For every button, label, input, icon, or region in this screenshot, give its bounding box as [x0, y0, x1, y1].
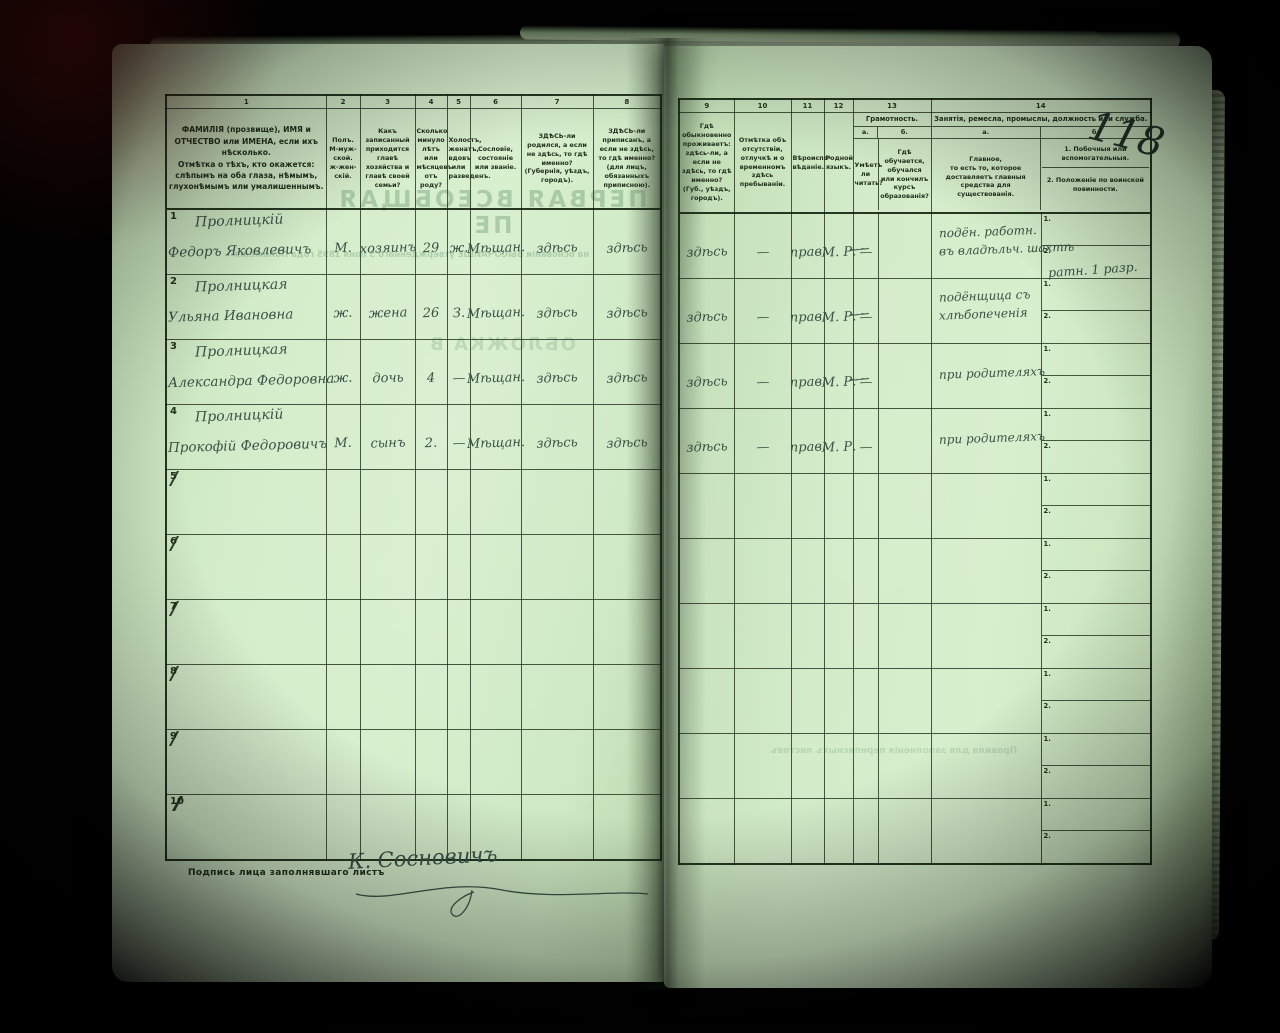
header-military-status: 2. Положеніе по воинской повинности.	[1042, 167, 1149, 194]
sub-label-1: 1.	[1044, 345, 1051, 353]
religion-handwriting: прав.	[789, 439, 826, 455]
occupation-handwriting: при родителяхъ	[939, 364, 1045, 382]
given-name-handwriting: Федоръ Яковлевичъ	[168, 241, 312, 261]
header-row: ФАМИЛІЯ (прозвище), ИМЯ и ОТЧЕСТВО или И…	[166, 109, 661, 210]
occupation-handwriting: подён. работн.въ владѣльч. шахтѣ	[939, 222, 1074, 258]
header-religion: Вѣроиспо-вѣданіе.	[793, 154, 823, 172]
sex-handwriting: М.	[334, 241, 352, 257]
table-row: 1.2.	[679, 604, 1151, 669]
residence-handwriting: здѣсь	[686, 309, 728, 325]
registration-handwriting: здѣсь	[606, 305, 648, 321]
religion-handwriting: прав.	[789, 244, 826, 260]
literacy-handwriting: —	[859, 375, 873, 390]
literacy-handwriting: —	[859, 440, 873, 455]
registration-handwriting: здѣсь	[606, 435, 648, 451]
col-number: 7	[521, 95, 593, 109]
table-row: здѣсь — прав. М. Р. — при родителяхъ 1. …	[679, 409, 1151, 474]
header-age: Сколько минуло лѣтъ или мѣсяцевъ отъ род…	[417, 127, 446, 190]
age-handwriting: 2.	[425, 436, 438, 451]
col-number: 5	[447, 95, 470, 109]
header-education: Гдѣ обучается, обучался или кончилъ курс…	[880, 148, 930, 202]
signature-flourish	[352, 864, 652, 924]
header-occupation-a-label: а.	[932, 127, 1041, 138]
birthplace-handwriting: здѣсь	[536, 305, 578, 321]
cell-name: 1 Пролницкій Федоръ Яковлевичъ	[166, 209, 326, 275]
row-number: 4	[169, 406, 179, 421]
religion-handwriting: прав.	[789, 309, 826, 325]
relation-handwriting: сынъ	[370, 435, 406, 451]
sex-handwriting: М.	[334, 436, 352, 452]
cell-name: 8	[166, 665, 326, 730]
registration-handwriting: здѣсь	[606, 240, 648, 256]
absence-handwriting: —	[756, 310, 770, 325]
row-number: 1	[169, 211, 179, 226]
absence-handwriting: —	[756, 245, 770, 260]
sub-label-1: 1.	[1044, 410, 1051, 418]
col-number: 13	[853, 99, 931, 113]
table-row: 5	[166, 470, 661, 535]
table-row: 1.2.	[679, 539, 1151, 604]
registration-handwriting: здѣсь	[606, 370, 648, 386]
religion-handwriting: прав.	[789, 374, 826, 390]
table-row: 1.2.	[679, 669, 1151, 734]
age-handwriting: 26	[422, 306, 439, 322]
table-row: 1 Пролницкій Федоръ Яковлевичъ М. хозяин…	[166, 209, 661, 275]
estate-handwriting: Мѣщан.	[466, 435, 525, 452]
left-page: ПЕРВАЯ ВСЕОБЩАЯ ПЕ на основаніи ВЫСОЧАЙШ…	[112, 44, 664, 982]
row-number-struck: 6	[169, 536, 179, 551]
relation-handwriting: жена	[368, 305, 407, 321]
occupation-handwriting: подёнщица съхлѣбопеченія	[939, 287, 1030, 323]
sex-handwriting: ж.	[333, 371, 352, 387]
table-row: 3 Пролницкая Александра Федоровна ж. доч…	[166, 340, 661, 405]
header-sex: Полъ. М-муж-ской. ж-жен-скій.	[328, 136, 359, 181]
relation-handwriting: дочь	[372, 370, 404, 386]
given-name-handwriting: Александра Федоровна	[168, 371, 335, 391]
header-language: Родной языкъ.	[826, 154, 852, 172]
right-page: Правила для заполненія переписныхъ листо…	[664, 46, 1212, 988]
table-row: 8	[166, 665, 661, 730]
col-number: 12	[824, 99, 853, 113]
row-number-struck: 5	[169, 471, 179, 486]
literacy-handwriting: —	[859, 310, 873, 325]
row-number: 2	[169, 276, 179, 291]
estate-handwriting: Мѣщан.	[466, 370, 525, 387]
table-row: 7	[166, 600, 661, 665]
header-residence: Гдѣ обыкновенно проживаетъ: здѣсь-ли, а …	[681, 122, 733, 203]
header-can-read: Умѣетъ ли читать?	[855, 161, 877, 188]
estate-handwriting: Мѣщан.	[466, 240, 525, 257]
marital-handwriting: ж.	[449, 241, 468, 257]
table-row: 9	[166, 730, 661, 795]
col-number: 4	[415, 95, 447, 109]
column-numbers-row: 9 10 11 12 13 14	[679, 99, 1151, 113]
birthplace-handwriting: здѣсь	[536, 240, 578, 256]
age-handwriting: 29	[422, 241, 439, 257]
birthplace-handwriting: здѣсь	[536, 435, 578, 451]
row-number-struck: 9	[169, 731, 179, 746]
header-relation: Какъ записанный приходится главѣ хозяйст…	[362, 127, 414, 190]
birthplace-handwriting: здѣсь	[536, 370, 578, 386]
col-number: 1	[166, 95, 326, 109]
marital-handwriting: З.	[452, 306, 465, 321]
cell-name: 7	[166, 600, 326, 665]
cell-side-occupation: 1. 2.	[1041, 279, 1151, 344]
col-number: 2	[326, 95, 360, 109]
col-number: 3	[360, 95, 415, 109]
cell-name: 5	[166, 470, 326, 535]
row-number-struck: 8	[169, 666, 179, 681]
residence-handwriting: здѣсь	[686, 244, 728, 260]
row-number: 3	[169, 341, 179, 356]
surname-handwriting: Пролницкій	[195, 406, 284, 425]
census-table-right: 9 10 11 12 13 14 Гдѣ обыкновенно прожива…	[678, 98, 1152, 865]
surname-handwriting: Пролницкая	[195, 341, 288, 360]
cell-name: 6	[166, 535, 326, 600]
table-row: здѣсь — прав. М. Р. ~~ — подёнщица съхлѣ…	[679, 279, 1151, 344]
literacy-handwriting: —	[859, 245, 873, 260]
photographed-census-book: ПЕРВАЯ ВСЕОБЩАЯ ПЕ на основаніи ВЫСОЧАЙШ…	[0, 0, 1280, 1033]
table-row: 6	[166, 535, 661, 600]
header-literacy-a-label: а.	[854, 127, 879, 138]
cell-name: 2 Пролницкая Ульяна Ивановна	[166, 275, 326, 340]
header-birthplace: ЗДѢСЬ-ли родился, а если не здѣсь, то гд…	[523, 132, 592, 186]
given-name-handwriting: Ульяна Ивановна	[168, 306, 294, 325]
header-main-occupation: Главное, то есть то, которое доставляетъ…	[933, 155, 1039, 200]
row-number-struck: 7	[169, 601, 179, 616]
marital-handwriting: —	[452, 436, 466, 451]
estate-handwriting: Мѣщан.	[466, 305, 525, 322]
table-row: 1.2.	[679, 734, 1151, 799]
census-table-left: 1 2 3 4 5 6 7 8 ФАМИЛІЯ (прозвище), ИМЯ …	[165, 94, 662, 861]
col-number: 9	[679, 99, 734, 113]
occupation-handwriting: при родителяхъ	[939, 429, 1045, 447]
row-number-struck: 10	[169, 796, 186, 811]
age-handwriting: 4	[427, 371, 436, 386]
col-number: 6	[470, 95, 521, 109]
header-literacy-b-label: б.	[878, 127, 930, 138]
cell-side-occupation: 1. 2.	[1041, 409, 1151, 474]
header-registration: ЗДѢСЬ-ли приписанъ, а если не здѣсь, то …	[595, 127, 660, 190]
table-row: 1.2.	[679, 799, 1151, 865]
sub-label-2: 2.	[1044, 312, 1051, 320]
header-literacy-group: Грамотность. а. б. Умѣетъ ли читать? Гдѣ…	[853, 113, 931, 214]
table-row: 1.2.	[679, 474, 1151, 539]
residence-handwriting: здѣсь	[686, 374, 728, 390]
given-name-handwriting: Прокофій Федоровичъ	[168, 436, 328, 456]
absence-handwriting: —	[756, 375, 770, 390]
column-numbers-row: 1 2 3 4 5 6 7 8	[166, 95, 661, 109]
cell-name: 9	[166, 730, 326, 795]
col-number: 11	[791, 99, 824, 113]
header-absence: Отмѣтка объ отсутствіи, отлучкѣ и о врем…	[736, 136, 790, 190]
table-row: здѣсь — прав. М. Р. ~~ — при родителяхъ …	[679, 344, 1151, 409]
col-number: 8	[593, 95, 661, 109]
header-row: Гдѣ обыкновенно проживаетъ: здѣсь-ли, а …	[679, 113, 1151, 214]
header-marital: Холостъ, женатъ, вдовъ или разведенъ.	[449, 136, 469, 181]
header-name: ФАМИЛІЯ (прозвище), ИМЯ и ОТЧЕСТВО или И…	[168, 124, 325, 192]
residence-handwriting: здѣсь	[686, 439, 728, 455]
cell-name: 10	[166, 795, 326, 861]
marital-handwriting: —	[452, 371, 466, 386]
table-row: здѣсь — прав. М. Р. ~~ — подён. работн.в…	[679, 213, 1151, 279]
language-handwriting: М. Р.	[821, 439, 856, 455]
relation-handwriting: хозяинъ	[359, 240, 416, 257]
sub-label-1: 1.	[1044, 280, 1051, 288]
cell-name: 3 Пролницкая Александра Федоровна	[166, 340, 326, 405]
surname-handwriting: Пролницкая	[195, 276, 288, 295]
absence-handwriting: —	[756, 440, 770, 455]
cell-side-occupation: 1. 2.	[1041, 344, 1151, 409]
header-literacy-title: Грамотность.	[854, 113, 931, 127]
military-status-handwriting: ратн. 1 разр.	[1047, 259, 1137, 280]
header-estate: Сословіе, состояніе или званіе.	[472, 145, 520, 172]
surname-handwriting: Пролницкій	[195, 211, 284, 230]
table-row: 2 Пролницкая Ульяна Ивановна ж. жена 26 …	[166, 275, 661, 340]
col-number: 10	[734, 99, 791, 113]
table-row: 4 Пролницкій Прокофій Федоровичъ М. сынъ…	[166, 405, 661, 470]
cell-name: 4 Пролницкій Прокофій Федоровичъ	[166, 405, 326, 470]
sex-handwriting: ж.	[333, 306, 352, 322]
